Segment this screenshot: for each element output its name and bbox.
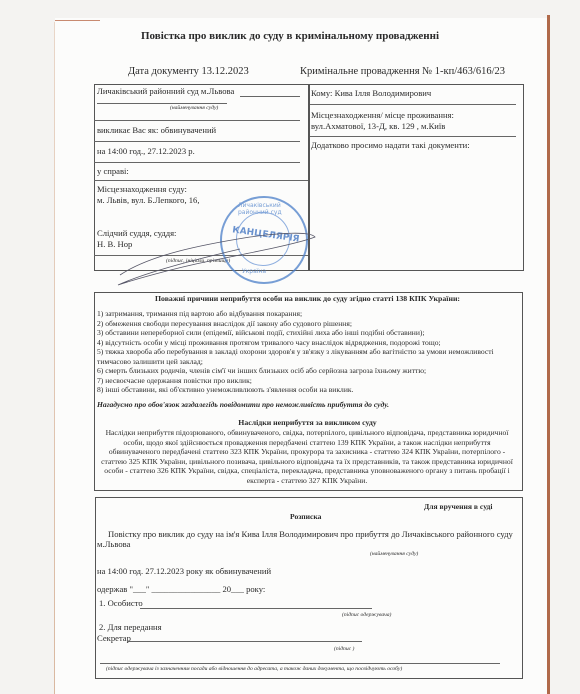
consequences-text: Наслідки неприбуття підозрюваного, обвин… [98,428,516,485]
documents-label: Додатково просимо надати такі документи: [311,140,470,151]
receipt-line: Повістку про виклик до суду на ім'я Кива… [108,529,513,540]
residence-value: вул.Ахматової, 13-Д, кв. 129 , м.Київ [311,121,445,132]
divider [94,141,300,142]
in-case-label: у справі: [97,166,129,177]
summoned-as: викликає Вас як: обвинувачений [97,125,216,136]
for-transfer-label: 2. Для передання [99,622,162,633]
court-caption: (найменування суду) [370,551,418,557]
reason-item: 1) затримання, тримання під вартою або в… [97,309,517,319]
divider [310,136,516,137]
secretary-signature-line[interactable] [128,641,362,642]
reason-item: 2) обмеження свободи пересування внаслід… [97,319,517,329]
reason-item: 4) відсутність особи у місці проживання … [97,338,517,348]
footer-signature-line[interactable] [100,663,500,664]
reasons-list: 1) затримання, тримання під вартою або в… [97,309,517,395]
personally-signature-line[interactable] [140,608,372,609]
divider [94,120,300,121]
reason-item: 3) обставини непереборної сили (епідемії… [97,328,517,338]
reason-item: 6) смерть близьких родичів, членів сім'ї… [97,366,517,376]
footer-caption: (підпис одержувача із зазначенням посади… [106,666,402,672]
divider [310,104,516,105]
summon-time: на 14:00 год., 27.12.2023 р. [97,146,195,157]
document-date: Дата документу 13.12.2023 [128,66,249,77]
page-right-edge [547,15,550,694]
secretary-label: Секретар [97,633,131,644]
receipt-line-cont: м.Львова [97,539,130,550]
divider [94,180,308,181]
received-date-field[interactable]: одержав "___" ________________ 20___ рок… [97,584,265,595]
reasons-heading: Поважні причини неприбуття особи на викл… [94,294,521,303]
case-number: Кримінальне провадження № 1-кп/463/616/2… [300,66,505,77]
court-location-value: м. Львів, вул. Б.Лепкого, 16, [97,195,200,206]
signature-scribble [110,215,320,295]
reminder-text: Нагадуємо про обов'язок заздалегідь пові… [97,400,389,410]
divider [94,162,300,163]
divider [97,103,227,104]
stamp-ring-text: Личаківський районний суд [238,202,306,216]
consequences-heading: Наслідки неприбуття за викликом суду [94,418,521,427]
receipt-heading: Розписка [290,512,321,522]
reason-item: 5) тяжка хвороба або перебування в закла… [97,347,517,366]
reason-item: 8) інші обставини, які об'єктивно унемож… [97,385,517,395]
document-title: Повістка про виклик до суду в кримінальн… [0,30,580,42]
signature-caption-2: (підпис ) [334,646,354,652]
reason-item: 7) несвоєчасне одержання повістки про ви… [97,376,517,386]
divider [240,96,300,97]
court-name: Личаківський районний суд м.Львова [97,86,234,97]
receipt-time: на 14:00 год. 27.12.2023 року як обвинув… [97,566,271,577]
recipient-name: Кому: Кива Ілля Володимирович [311,88,431,99]
page-top-edge [55,20,100,21]
recipient-signature-caption: (підпис одержувача) [342,612,391,618]
for-court-label: Для вручення в суді [424,502,492,512]
residence-label: Місцезнаходження/ місце проживання: [311,110,454,121]
court-location-label: Місцезнаходження суду: [97,184,187,195]
court-name-caption: (найменування суду) [170,105,218,111]
personally-label: 1. Особисто [99,598,143,609]
